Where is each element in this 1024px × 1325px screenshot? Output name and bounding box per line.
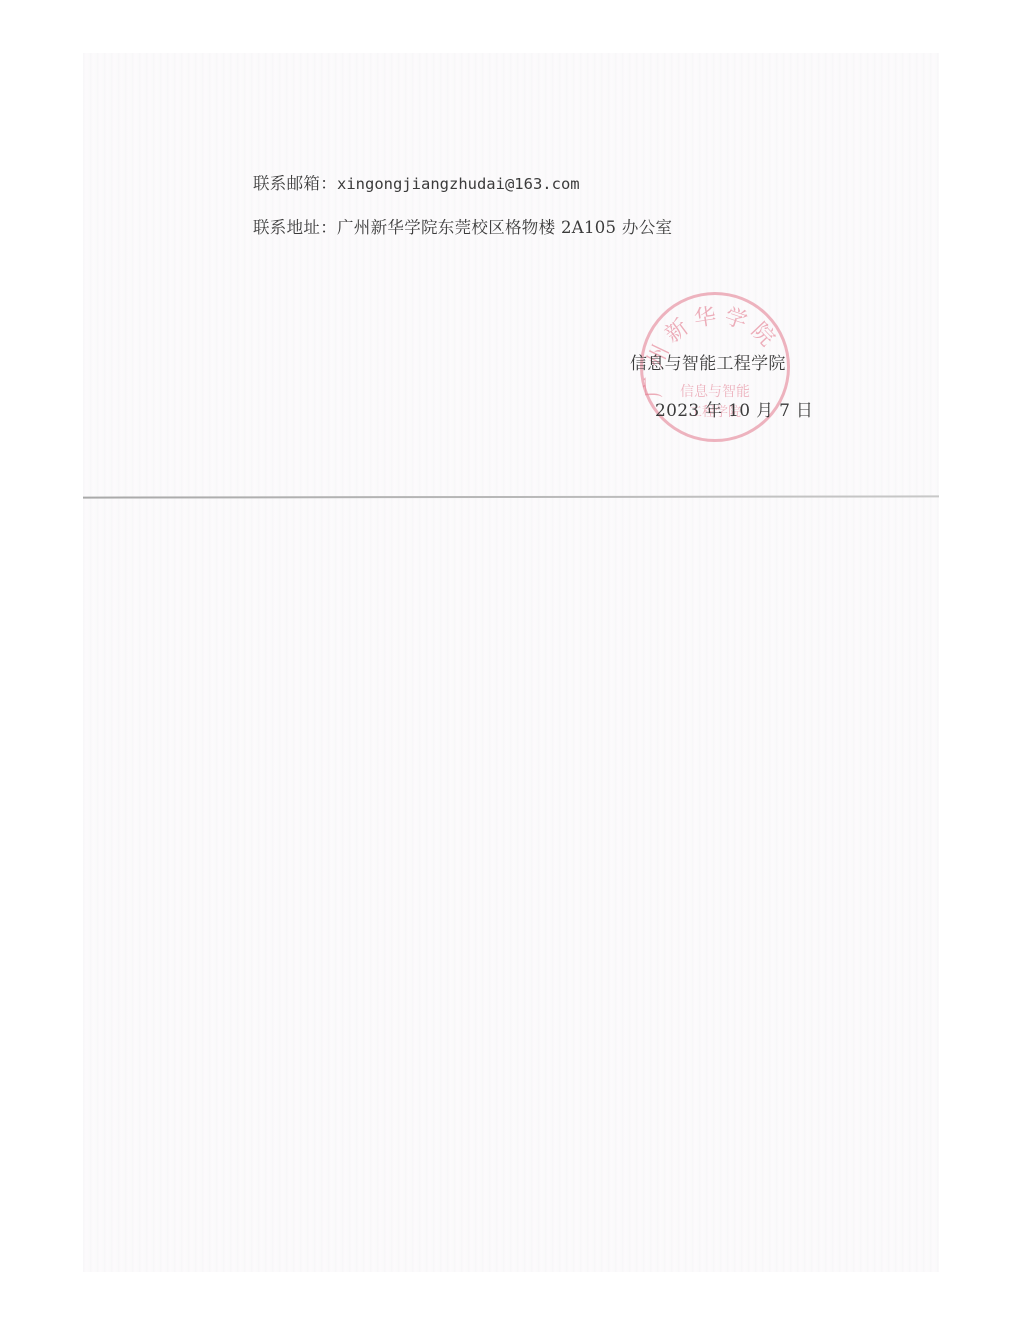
signature-organization: 信息与智能工程学院	[630, 349, 786, 374]
email-label: 联系邮箱：	[253, 174, 337, 193]
signature-date: 2023 年 10 月 7 日	[655, 396, 813, 421]
contact-email-line: 联系邮箱：xingongjiangzhudai@163.com	[253, 170, 580, 194]
address-label: 联系地址：	[253, 218, 337, 237]
email-value: xingongjiangzhudai@163.com	[337, 175, 580, 193]
address-value: 广州新华学院东莞校区格物楼 2A105 办公室	[337, 218, 672, 237]
contact-address-line: 联系地址：广州新华学院东莞校区格物楼 2A105 办公室	[253, 214, 672, 238]
